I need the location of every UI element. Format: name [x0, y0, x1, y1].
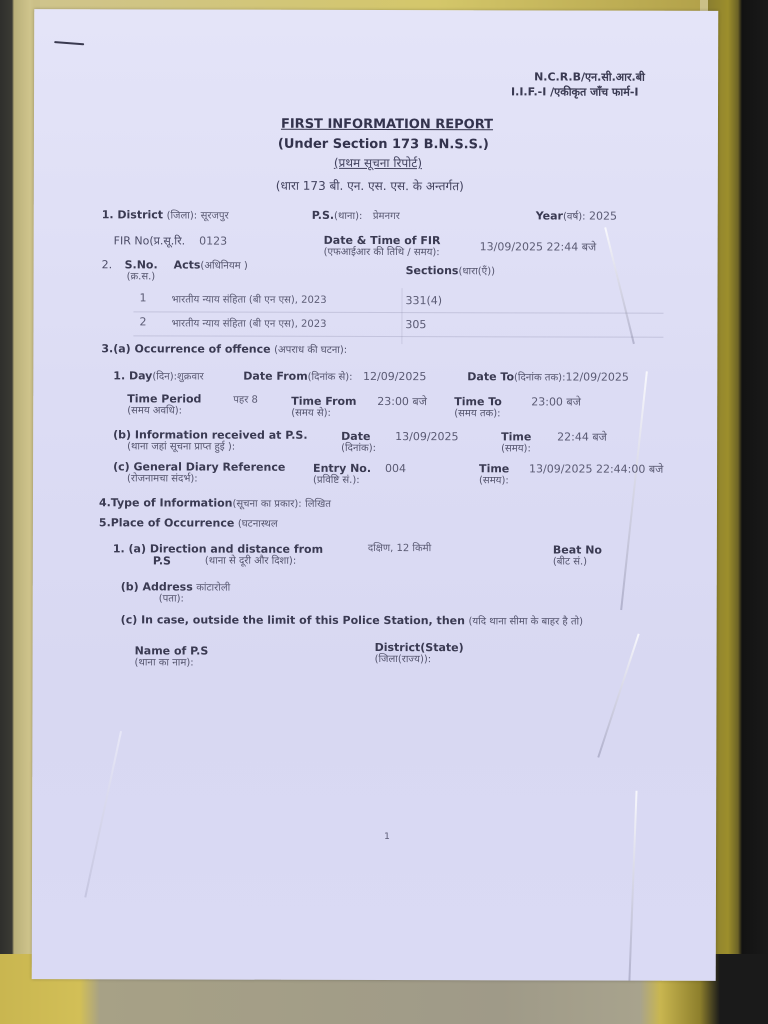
beat-number-label: Beat No [553, 544, 602, 556]
date-from-value: 12/09/2025 [363, 370, 426, 383]
gd-time-label: Time [479, 463, 509, 475]
acts-label: Acts(अधिनियम ) [174, 259, 248, 272]
table-divider [133, 335, 663, 337]
info-time-label-hindi: (समय): [501, 443, 531, 455]
address-value: कांटारोली [196, 583, 230, 594]
police-station-value: प्रेमनगर [373, 211, 400, 222]
info-date-label: Date [341, 431, 370, 443]
police-station-field: P.S.(थाना): प्रेमनगर [312, 210, 400, 223]
time-period-label: Time Period [127, 393, 201, 405]
item2-number: 2. [102, 259, 113, 271]
sno-label-hindi: (क्र.स.) [127, 271, 156, 283]
day-field: 1. Day(दिन):शुक्रवार [113, 370, 203, 383]
report-section: (Under Section 173 B.N.S.S.) [278, 139, 489, 152]
outside-limit-field: (c) In case, outside the limit of this P… [121, 614, 583, 628]
direction-distance-label: 1. (a) Direction and distance from [113, 543, 323, 556]
table-divider [401, 288, 402, 344]
gd-time-label-hindi: (समय): [479, 475, 509, 487]
type-of-information-field: 4.Type of Information(सूचना का प्रकार): … [99, 497, 331, 511]
acts-row-1-act: भारतीय न्याय संहिता (बी एन एस), 2023 [171, 294, 326, 306]
occurrence-heading: 3.(a) Occurrence of offence (अपराध की घट… [101, 343, 347, 357]
paper-crease [628, 791, 637, 981]
acts-row-1-section: 331(4) [405, 295, 442, 307]
form-label: I.I.F.-I /एकीकृत जाँच फार्म-I [511, 86, 638, 98]
ps-name-label: Name of P.S [135, 645, 209, 657]
report-title-hindi: (प्रथम सूचना रिपोर्ट) [334, 157, 422, 169]
day-value: शुक्रवार [177, 371, 204, 382]
paper-crease [84, 731, 122, 898]
place-of-occurrence-heading: 5.Place of Occurrence (घटनास्थल [99, 517, 278, 530]
date-to-value: 12/09/2025 [565, 370, 628, 383]
report-title: FIRST INFORMATION REPORT [281, 119, 493, 132]
district-value: सूरजपुर [201, 211, 229, 222]
gd-time-value: 13/09/2025 22:44:00 बजे [529, 463, 663, 475]
time-period-value: पहर 8 [233, 395, 258, 407]
general-diary-label: (c) General Diary Reference [113, 461, 285, 473]
date-from-field: Date From(दिनांक से): 12/09/2025 [243, 371, 426, 384]
info-time-value: 22:44 बजे [557, 431, 607, 443]
acts-row-2-act: भारतीय न्याय संहिता (बी एन एस), 2023 [171, 318, 326, 330]
time-from-label: Time From [291, 396, 356, 408]
ps-name-label-hindi: (थाना का नाम): [135, 657, 194, 669]
direction-distance-label-hindi: (थाना से दूरी और दिशा): [205, 556, 296, 568]
time-to-value: 23:00 बजे [531, 396, 581, 408]
general-diary-label-hindi: (रोजनामचा संदर्भ): [127, 473, 198, 485]
paper-crease [597, 634, 639, 758]
acts-row-2-sno: 2 [139, 316, 146, 328]
year-field: Year(वर्ष): 2025 [536, 210, 617, 223]
info-date-value: 13/09/2025 [395, 431, 458, 443]
type-of-information-value: लिखित [305, 499, 331, 510]
fir-document-page: N.C.R.B/एन.सी.आर.बी I.I.F.-I /एकीकृत जाँ… [32, 9, 719, 981]
acts-row-1-sno: 1 [139, 292, 146, 304]
fir-number-field: FIR No(प्र.सू.रि. 0123 [114, 235, 228, 247]
paper-crease [604, 227, 635, 344]
sno-label: S.No. [125, 259, 158, 271]
time-period-label-hindi: (समय अवधि): [127, 405, 182, 417]
report-section-hindi: (धारा 173 बी. एन. एस. एस. के अन्तर्गत) [276, 180, 464, 192]
entry-number-label: Entry No. [313, 463, 371, 475]
fir-datetime-label: Date & Time of FIR [324, 235, 441, 247]
acts-row-2-section: 305 [405, 319, 426, 331]
info-date-label-hindi: (दिनांक): [341, 443, 376, 455]
direction-distance-label-ps: P.S [153, 555, 171, 567]
district-state-label: District(State) [375, 642, 464, 654]
paper-crease [620, 371, 648, 610]
beat-number-label-hindi: (बीट सं.) [553, 556, 587, 568]
date-to-field: Date To(दिनांक तक):12/09/2025 [467, 371, 629, 384]
info-received-label-hindi: (थाना जहां सूचना प्राप्त हुई ): [127, 441, 235, 453]
entry-number-value: 004 [385, 463, 406, 475]
fir-datetime-label-hindi: (एफआईआर की तिथि / समय): [324, 247, 440, 259]
time-to-label: Time To [454, 396, 502, 408]
district-state-label-hindi: (जिला(राज्य)): [375, 654, 432, 666]
ncrb-label: N.C.R.B/एन.सी.आर.बी [534, 71, 645, 83]
entry-number-label-hindi: (प्रविष्टि सं.): [313, 475, 360, 487]
district-field: 1. District (जिला): सूरजपुर [102, 209, 229, 222]
table-divider [133, 311, 663, 313]
sections-label: Sections(धारा(एँ)) [406, 265, 495, 278]
direction-distance-value: दक्षिण, 12 किमी [368, 543, 431, 555]
info-received-label: (b) Information received at P.S. [113, 429, 307, 442]
time-from-label-hindi: (समय से): [291, 408, 331, 420]
address-label-hindi: (पता): [159, 593, 184, 605]
pen-mark [54, 41, 84, 45]
time-to-label-hindi: (समय तक): [454, 408, 500, 420]
page-number: 1 [384, 831, 390, 843]
fir-datetime-value: 13/09/2025 22:44 बजे [480, 241, 597, 253]
info-time-label: Time [501, 431, 531, 443]
year-value: 2025 [589, 210, 617, 223]
time-from-value: 23:00 बजे [377, 396, 427, 408]
fir-number-value: 0123 [199, 235, 227, 248]
